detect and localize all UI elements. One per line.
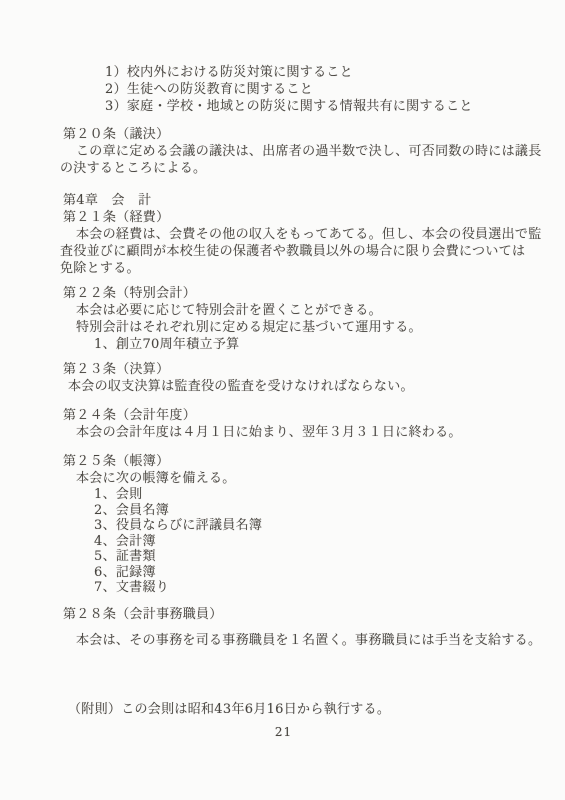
article-24-heading: 第２４条（会計年度）: [63, 407, 535, 424]
article-25-body-line-1: 本会に次の帳簿を備える。: [76, 470, 535, 487]
article-22-body-line-2: 特別会計はそれぞれ別に定める規定に基づいて運用する。: [76, 319, 535, 336]
article-25-item-1: 1、会則: [94, 487, 535, 503]
article-25-item-4: 4、会計簿: [94, 534, 535, 550]
article-21-body-line-1: 本会の経費は、会費その他の収入をもってあてる。但し、本会の役員選出で監: [76, 226, 535, 243]
top-list-item-2: 2）生徒への防災教育に関すること: [105, 81, 535, 98]
page-number: 21: [32, 724, 535, 741]
article-22-body-line-1: 本会は必要に応じて特別会計を置くことができる。: [76, 302, 535, 319]
article-20-heading: 第２０条（議決）: [63, 126, 535, 143]
article-28-heading: 第２８条（会計事務職員）: [63, 606, 535, 623]
article-21-body-line-2: 査役並びに顧問が本校生徒の保護者や教職員以外の場合に限り会費については: [60, 243, 535, 260]
article-20-body-line-1: この章に定める会議の議決は、出席者の過半数で決し、可否同数の時には議長: [76, 143, 535, 160]
article-25-item-2: 2、会員名簿: [94, 503, 535, 519]
article-25-item-7: 7、文書綴り: [94, 580, 535, 596]
article-23-heading: 第２３条（決算）: [63, 361, 535, 378]
article-21-body-line-3: 免除とする。: [60, 260, 535, 277]
article-25-heading: 第２５条（帳簿）: [63, 453, 535, 470]
article-25-item-3: 3、役員ならびに評議員名簿: [94, 518, 535, 534]
top-list-item-3: 3）家庭・学校・地域との防災に関する情報共有に関すること: [105, 98, 535, 115]
article-24-body-line-1: 本会の会計年度は４月１日に始まり、翌年３月３１日に終わる。: [76, 424, 535, 441]
article-22-heading: 第２２条（特別会計）: [63, 285, 535, 302]
article-20-body-line-2: の決するところによる。: [60, 160, 535, 177]
article-25-item-5: 5、証書類: [94, 549, 535, 565]
article-23-body-line-1: 本会の収支決算は監査役の監査を受けなければならない。: [68, 378, 535, 395]
article-28-body-line-1: 本会は、その事務を司る事務職員を１名置く。事務職員には手当を支給する。: [76, 632, 535, 649]
top-list-item-1: 1）校内外における防災対策に関すること: [105, 64, 535, 81]
article-21-heading: 第２１条（経費）: [63, 209, 535, 226]
supplementary-provision: （附則）この会則は昭和43年6月16日から執行する。: [68, 701, 535, 718]
article-22-item-1: 1、創立70周年積立予算: [94, 336, 535, 353]
article-25-item-6: 6、記録簿: [94, 565, 535, 581]
scanned-document-page: 1）校内外における防災対策に関すること 2）生徒への防災教育に関すること 3）家…: [0, 0, 565, 800]
chapter-4-heading: 第4章 会 計: [63, 192, 535, 209]
